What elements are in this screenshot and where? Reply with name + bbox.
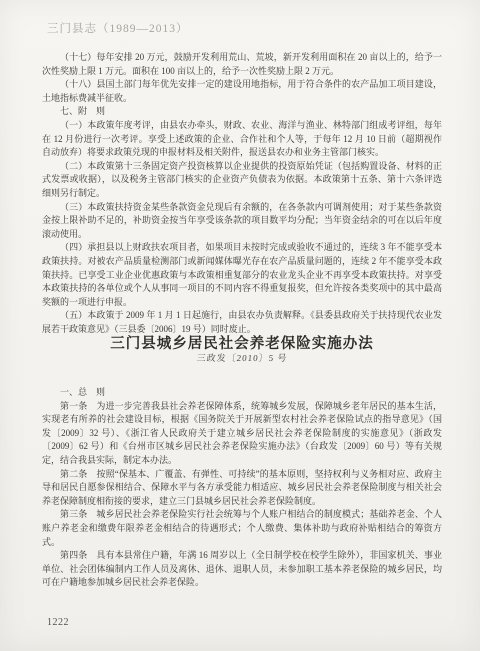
running-header: 三门县志（1989—2013）: [47, 20, 189, 36]
paragraph-appendix-1: （一）本政策年度考评，由县农办牵头，财政、农业、海洋与渔业、林特部门组成考评组，…: [42, 119, 442, 160]
paragraph-article-1: 第一条 为进一步完善我县社会养老保障体系，统筹城乡发展，保障城乡老年居民的基本生…: [42, 400, 442, 468]
paragraph-item-17: （十七）每年安排 20 万元，鼓励开发利用荒山、荒坡，新开发利用面积在 20 亩…: [42, 51, 442, 78]
page-content: （十七）每年安排 20 万元，鼓励开发利用荒山、荒坡，新开发利用面积在 20 亩…: [42, 51, 442, 590]
paragraph-article-2: 第二条 按照“保基本、广覆盖、有弹性、可持续”的基本原则，坚持权利与义务相对应、…: [42, 468, 442, 509]
paragraph-appendix-3: （三）本政策扶持资金某些条款资金兑现后有余额的，在各条款内可调剂使用；对于某些条…: [42, 201, 442, 242]
paragraph-appendix-5: （五）本政策于 2009 年 1 月 1 日起施行，由县农办负责解释。《县委县政…: [42, 309, 442, 336]
page-number: 1222: [47, 617, 69, 628]
paragraph-appendix-2: （二）本政策第十三条固定资产投资核算以企业提供的投资原始凭证（包括购置设备、材料…: [42, 160, 442, 201]
book-page: 三门县志（1989—2013） （十七）每年安排 20 万元，鼓励开发利用荒山、…: [0, 0, 480, 651]
paragraph-item-18: （十八）县国土部门每年优先安排一定的建设用地指标，用于符合条件的农产品加工项目建…: [42, 78, 442, 105]
paragraph-article-3: 第三条 城乡居民社会养老保险实行社会统筹与个人账户相结合的制度模式；基础养老金、…: [42, 508, 442, 549]
section-heading-general: 一、总 则: [42, 386, 442, 400]
paragraph-article-4: 第四条 具有本县常住户籍，年满 16 周岁以上（全日制学校在校学生除外），非国家…: [42, 549, 442, 590]
article-title: 三门县城乡居民社会养老保险实施办法: [42, 336, 442, 352]
article-doc-number: 三政发〔2010〕5 号: [41, 352, 442, 366]
section-heading-appendix: 七、附 则: [42, 105, 442, 119]
paragraph-appendix-4: （四）承担县以上财政扶农项目者，如果项目未按时完成或验收不通过的，连续 3 年不…: [42, 241, 442, 309]
